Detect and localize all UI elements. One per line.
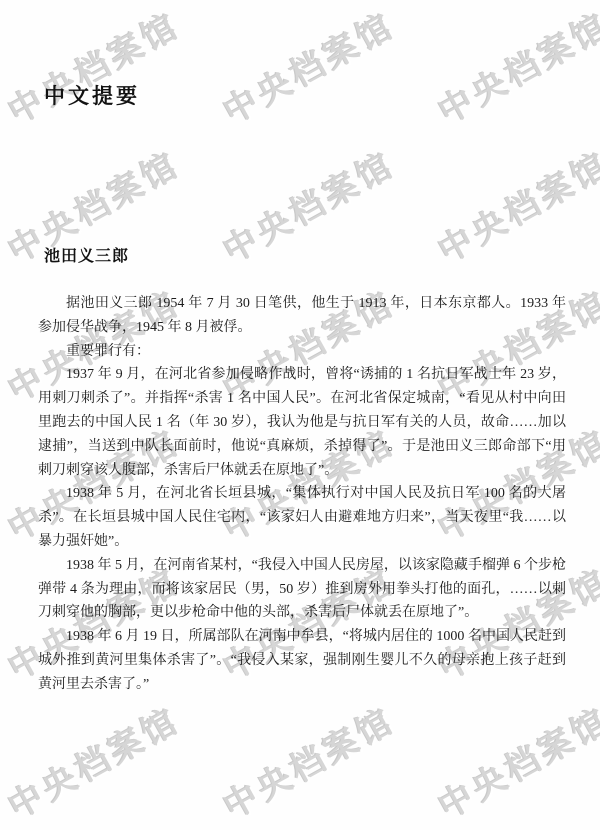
watermark-text: 中央档案馆 [428,138,600,273]
watermark-text: 中央档案馆 [213,0,403,133]
body-paragraph: 1938 年 6 月 19 日，所属部队在河南中牟县，“将城内居住的 1000 … [38,625,566,696]
subject-name: 池田义三郎 [44,243,129,266]
watermark-text: 中央档案馆 [428,0,600,133]
watermark-text: 中央档案馆 [213,694,403,829]
body-paragraph: 重要罪行有： [38,340,566,364]
watermark-text: 中央档案馆 [0,0,188,133]
document-page: 中央档案馆中央档案馆中央档案馆中央档案馆中央档案馆中央档案馆中央档案馆中央档案馆… [0,0,600,830]
body-paragraph: 1938 年 5 月，在河南省某村，“我侵入中国人民房屋，以该家隐藏手榴弹 6 … [38,554,566,625]
watermark-text: 中央档案馆 [0,694,188,829]
document-title: 中文提要 [44,80,140,110]
body-paragraph: 1937 年 9 月，在河北省参加侵略作战时，曾将“诱捕的 1 名抗日军战士年 … [38,363,566,482]
body-paragraph: 据池田义三郎 1954 年 7 月 30 日笔供，他生于 1913 年，日本东京… [38,292,566,340]
document-body: 据池田义三郎 1954 年 7 月 30 日笔供，他生于 1913 年，日本东京… [38,292,566,697]
body-paragraph: 1938 年 5 月，在河北省长垣县城，“集体执行对中国人民及抗日军 100 名… [38,482,566,553]
watermark-text: 中央档案馆 [213,138,403,273]
watermark-text: 中央档案馆 [428,694,600,829]
